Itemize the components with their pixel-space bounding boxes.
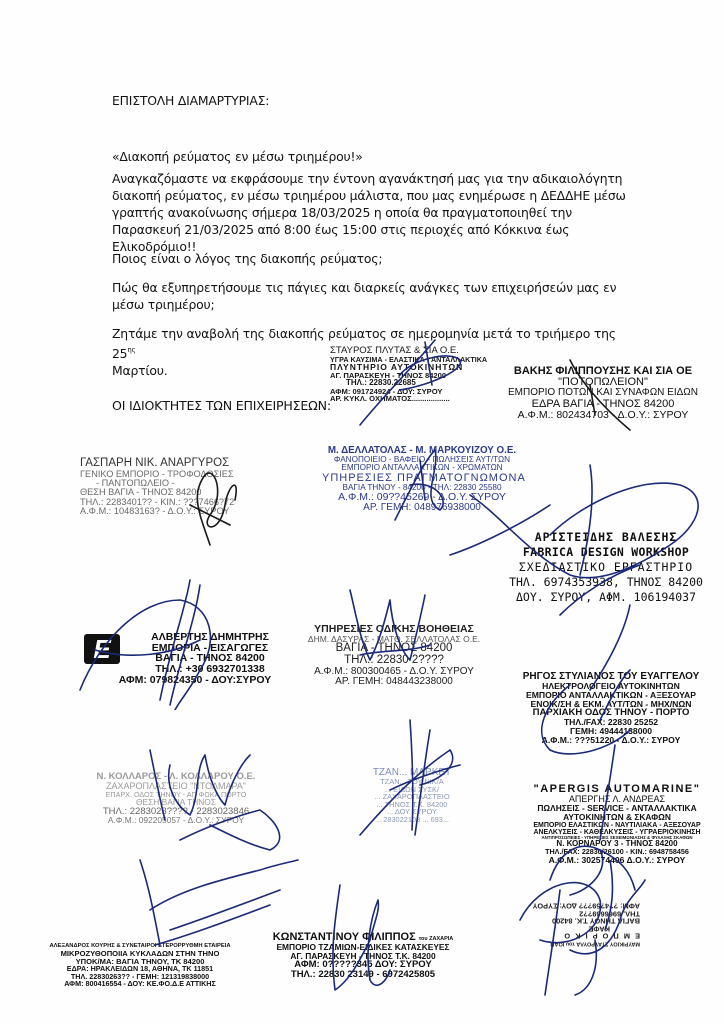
- stamp-plytas: ΣΤΑΥΡΟΣ ΠΛΥΤΑΣ & ΣΙΑ Ο.Ε. ΥΓΡΑ ΚΑΥΣΙΜΑ -…: [330, 346, 487, 403]
- stamp-line: ΑΡ. ΓΕΜΗ: 048443238000: [288, 677, 500, 687]
- stamp-line: ΓΑΣΠΑΡΗ ΝΙΚ. ΑΝΑΡΓΥΡΟΣ: [80, 458, 234, 470]
- stamp-line: ΤΗΛ. 6974353938, ΤΗΝΟΣ 84200: [500, 575, 712, 590]
- stamp-line: ΚΩΝΣΤΑΝΤΙΝΟΥ ΦΙΛΙΠΠΟΣ: [273, 931, 416, 943]
- stamp-line: ... 283022108 ... 693...: [322, 816, 502, 824]
- stamp-line: ΑΦΜ: 079824350 - ΔΟΥ:ΣΥΡΟΥ: [90, 675, 300, 686]
- stamp-filippousis: ΒΑΚΗΣ ΦΙΛΙΠΠΟΥΣΗΣ ΚΑΙ ΣΙΑ ΟΕ "ΠΟΤΟΠΩΛΕΙΟ…: [498, 366, 708, 421]
- letter-question-reason: Ποιος είναι ο λόγος της διακοπής ρεύματο…: [112, 250, 632, 267]
- stamp-line: Α.Φ.Μ.: 092205057 - Δ.Ο.Υ.: ΣΥΡΟΥ: [76, 816, 276, 825]
- stamp-line: ΑΡΙΣΤΕΙΔΗΣ ΒΑΛΕΣΗΣ: [500, 530, 712, 545]
- stamp-line: του ΖΑΧΑΡΙΑ: [419, 936, 454, 942]
- stamp-odiki-voitheia: ΥΠΗΡΕΣΙΕΣ ΟΔΙΚΗΣ ΒΟΗΘΕΙΑΣ ΔΗΜ. ΔΑΣΥΡΑΣ -…: [288, 624, 500, 687]
- stamp-line: Α.Φ.Μ.: 10483163? - Δ.Ο.Υ.: ΣΥΡΟΥ: [80, 507, 234, 516]
- stamp-line: ΔΟΥ. ΣΥΡΟΥ, ΑΦΜ. 106194037: [500, 590, 712, 605]
- stamp-apergis: "APERGIS AUTOMARINE" ΑΠΕΡΓΗΣ Λ. ΑΝΔΡΕΑΣ …: [510, 784, 724, 865]
- stamp-line: ΑΦΜ: ??4?59??? ΔΟΥ: ΣΥΡΟΥ: [500, 902, 640, 910]
- request-superscript: ης: [127, 346, 135, 354]
- stamp-rigos: ΡΗΓΟΣ ΣΤΥΛΙΑΝΟΣ ΤΟΥ ΕΥΑΓΓΕΛΟΥ ΗΛΕΚΤΡΟΛΟΓ…: [504, 672, 718, 744]
- stamp-kollaros: Ν. ΚΟΛΛΑΡΟΣ - Λ. ΚΟΛΛΑΡΟΥ Ο.Ε. ΖΑΧΑΡΟΠΛΑ…: [76, 772, 276, 825]
- request-end: Μαρτίου.: [112, 363, 167, 378]
- stamp-dellatolas: Μ. ΔΕΛΛΑΤΟΛΑΣ - Μ. ΜΑΡΚΟΥΙΖΟΥ Ο.Ε. ΦΑΝΟΠ…: [322, 446, 522, 513]
- letter-subject: «Διακοπή ρεύματος εν μέσω τριημέρου!»: [112, 148, 632, 165]
- stamp-albertis: ΑΛΒΕΡΤΗΣ ΔΗΜΗΤΡΗΣ ΕΜΠΟΡΙΑ - ΕΙΣΑΓΩΓΕΣ ΒΑ…: [90, 632, 300, 686]
- stamp-line: ΑΦΜ: 800416554 - ΔΟΥ: ΚΕ.ΦΟ.Δ.Ε ΑΤΤΙΚΗΣ: [28, 980, 252, 987]
- stamp-line: ΑΥΤΟΚΙΝΗΤΩΝ & ΣΚΑΦΩΝ: [510, 813, 724, 822]
- stamp-line: FABRICA DESIGN WORKSHOP: [500, 545, 712, 560]
- stamp-line: ΜΑΥΡΙΚΙΟΥ ΣΤΑΥΡΟΥΛΑ του ΙΩΑΝ: [500, 940, 640, 946]
- stamp-tzanakis: ΤΖΑΝ... ΜΑΡΚΕΤ ΤΖΑΝ... ΤΟΥ ΝΙΚ/Α ... ΕΙΔ…: [322, 768, 502, 823]
- stamp-line: ΑΡ. ΚΥΚΛ. ΟΧΗΜΑΤΟΣ..................: [330, 395, 487, 403]
- stamp-gaspari: ΓΑΣΠΑΡΗ ΝΙΚ. ΑΝΑΡΓΥΡΟΣ ΓΕΝΙΚΟ ΕΜΠΟΡΙΟ - …: [80, 458, 234, 517]
- stamp-line: Α.Φ.Μ.: 802434703 - Δ.Ο.Υ.: ΣΥΡΟΥ: [498, 410, 708, 421]
- document-page: ΕΠΙΣΤΟΛΗ ΔΙΑΜΑΡΤΥΡΙΑΣ: «Διακοπή ρεύματος…: [0, 0, 724, 1024]
- stamp-line: ΣΧΕΔΙΑΣΤΙΚΟ ΕΡΓΑΣΤΗΡΙΟ: [500, 560, 712, 575]
- stamp-line: Α.Φ.Μ.: ???51220 - Δ.Ο.Υ.: ΣΥΡΟΥ: [504, 736, 718, 745]
- stamp-line: ΑΡ. ΓΕΜΗ: 048976938000: [322, 503, 522, 513]
- stamp-fabrica: ΑΡΙΣΤΕΙΔΗΣ ΒΑΛΕΣΗΣ FABRICA DESIGN WORKSH…: [500, 530, 712, 605]
- stamp-line: ΕΜΠΟΡΙΟ ΕΛΑΣΤΙΚΩΝ - ΝΑΥΤΙΛΙΑΚΑ - ΑΞΕΣΟΥΑ…: [510, 822, 724, 829]
- stamp-filippos: ΚΩΝΣΤΑΝΤΙΝΟΥ ΦΙΛΙΠΠΟΣ του ΖΑΧΑΡΙΑ ΕΜΠΟΡΙ…: [258, 932, 468, 980]
- letter-question-service: Πώς θα εξυπηρετήσουμε τις πάγιες και δια…: [112, 279, 632, 313]
- stamp-line: Ε Μ Π Ο Ρ Ι Κ Ο: [500, 932, 640, 940]
- stamp-line: Α.Φ.Μ.: 302574406 Δ.Ο.Υ.: ΣΥΡΟΥ: [510, 856, 724, 865]
- stamp-line: ΤΗΛ.: 22830 23149 - 6972425805: [258, 970, 468, 980]
- stamp-line: ΒΑΓΙΑ ΤΗΝΟΥ Τ.Κ. 84200: [500, 917, 640, 925]
- stamp-kouris: ΑΛΕΞΑΝΔΡΟΣ ΚΟΥΡΗΣ & ΣΥΝΕΤΑΙΡΟΙ ΕΤΕΡΟΡΡΥΘ…: [28, 944, 252, 987]
- letter-title: ΕΠΙΣΤΟΛΗ ΔΙΑΜΑΡΤΥΡΙΑΣ:: [112, 92, 632, 109]
- letter-paragraph: Αναγκαζόμαστε να εκφράσουμε την έντονη α…: [112, 170, 632, 255]
- stamp-mavrikiou: ΜΑΥΡΙΚΙΟΥ ΣΤΑΥΡΟΥΛΑ του ΙΩΑΝ Ε Μ Π Ο Ρ Ι…: [500, 902, 640, 945]
